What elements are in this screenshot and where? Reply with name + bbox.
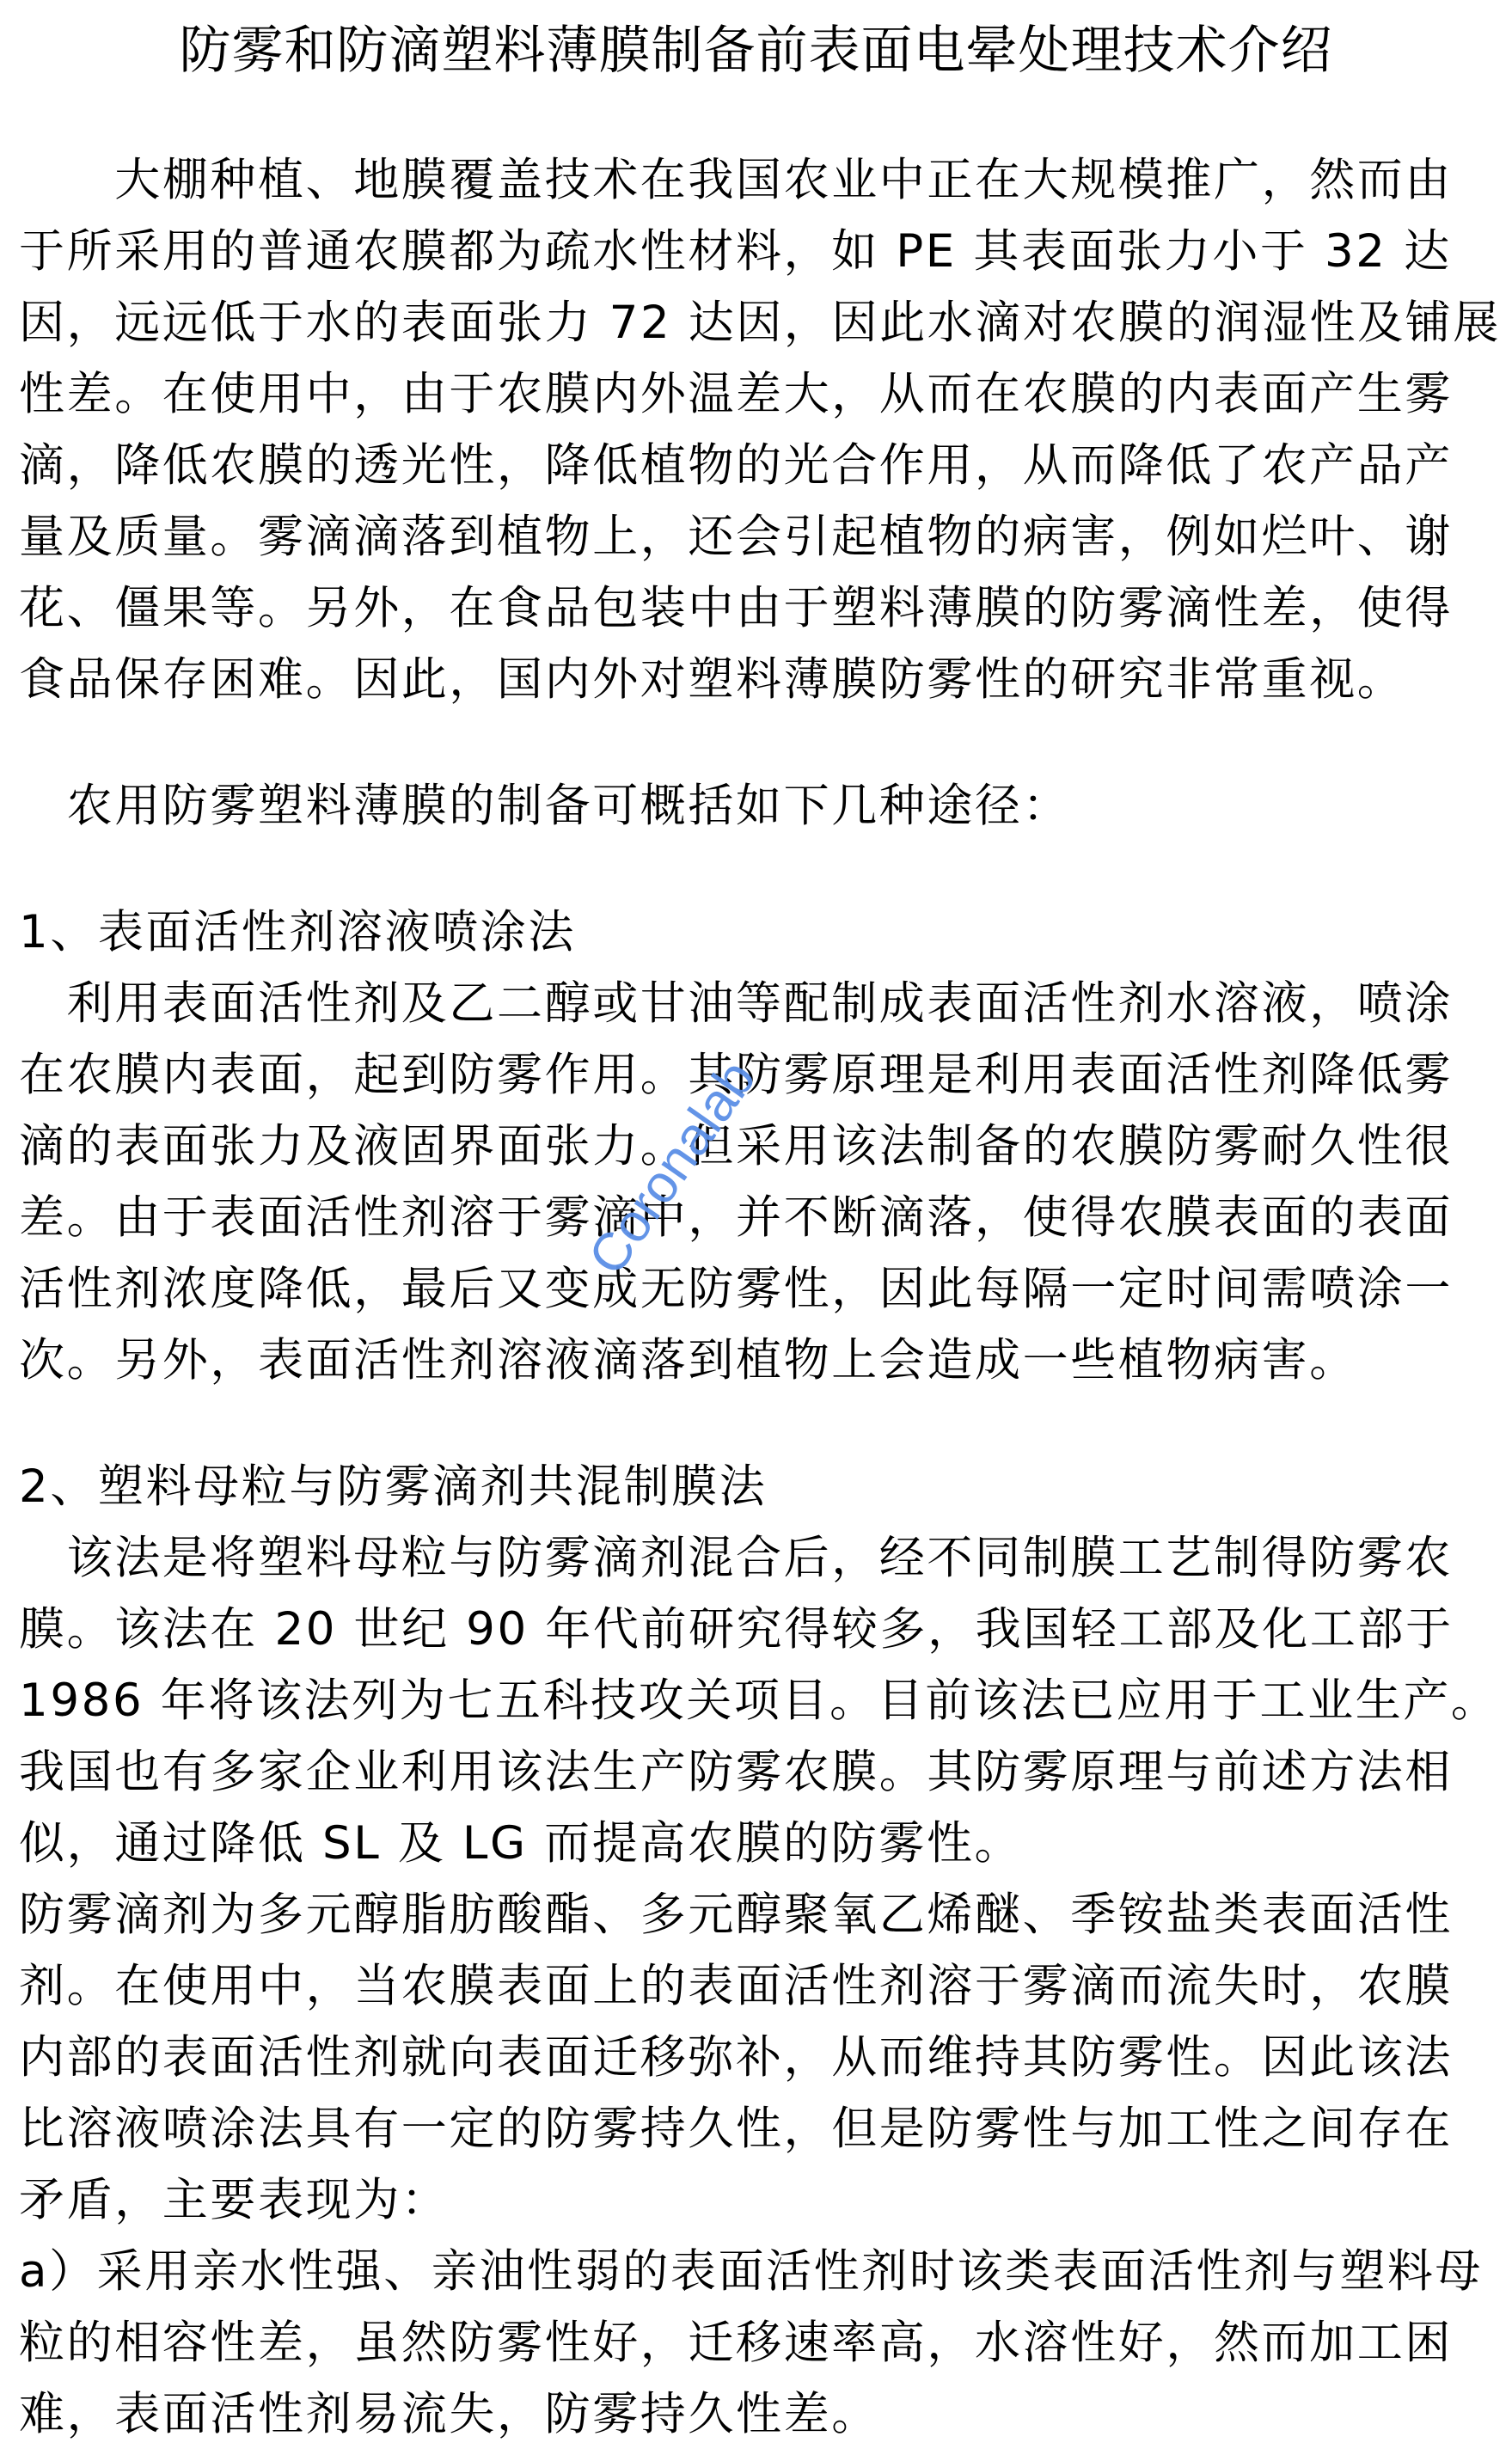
text-line: 矛盾，主要表现为： xyxy=(19,2170,1497,2231)
text-line: 难，表面活性剂易流失，防雾持久性差。 xyxy=(19,2384,1497,2445)
text-line: 于所采用的普通农膜都为疏水性材料，如 PE 其表面张力小于 32 达 xyxy=(19,222,1497,282)
text-line: 滴，降低农膜的透光性，降低植物的光合作用，从而降低了农产品产 xyxy=(19,436,1497,496)
text-line: 花、僵果等。另外，在食品包装中由于塑料薄膜的防雾滴性差，使得 xyxy=(19,579,1497,639)
text-line: 1、表面活性剂溶液喷涂法 xyxy=(19,903,1497,963)
text-line: 利用表面活性剂及乙二醇或甘油等配制成表面活性剂水溶液，喷涂 xyxy=(19,974,1497,1034)
document-title: 防雾和防滴塑料薄膜制备前表面电晕处理技术介绍 xyxy=(0,12,1512,89)
text-line: 次。另外，表面活性剂溶液滴落到植物上会造成一些植物病害。 xyxy=(19,1331,1497,1391)
text-line: 大棚种植、地膜覆盖技术在我国农业中正在大规模推广，然而由 xyxy=(19,150,1497,211)
text-line: 剂。在使用中，当农膜表面上的表面活性剂溶于雾滴而流失时，农膜 xyxy=(19,1956,1497,2017)
text-line: 滴的表面张力及液固界面张力。但采用该法制备的农膜防雾耐久性很 xyxy=(19,1117,1497,1177)
text-line: 2、塑料母粒与防雾滴剂共混制膜法 xyxy=(19,1457,1497,1517)
text-line: 该法是将塑料母粒与防雾滴剂混合后，经不同制膜工艺制得防雾农 xyxy=(19,1528,1497,1589)
text-line: 量及质量。雾滴滴落到植物上，还会引起植物的病害，例如烂叶、谢 xyxy=(19,507,1497,567)
text-line: 膜。该法在 20 世纪 90 年代前研究得较多，我国轻工部及化工部于 xyxy=(19,1600,1497,1660)
text-line: a）采用亲水性强、亲油性弱的表面活性剂时该类表面活性剂与塑料母 xyxy=(19,2242,1497,2302)
text-line: 农用防雾塑料薄膜的制备可概括如下几种途径： xyxy=(19,776,1497,836)
text-line: 粒的相容性差，虽然防雾性好，迁移速率高，水溶性好，然而加工困 xyxy=(19,2313,1497,2373)
text-line: 食品保存困难。因此，国内外对塑料薄膜防雾性的研究非常重视。 xyxy=(19,650,1497,710)
text-line: 防雾滴剂为多元醇脂肪酸酯、多元醇聚氧乙烯醚、季铵盐类表面活性 xyxy=(19,1885,1497,1945)
text-line: 似，通过降低 SL 及 LG 而提高农膜的防雾性。 xyxy=(19,1814,1497,1874)
text-line: 内部的表面活性剂就向表面迁移弥补，从而维持其防雾性。因此该法 xyxy=(19,2028,1497,2088)
text-line: 差。由于表面活性剂溶于雾滴中，并不断滴落，使得农膜表面的表面 xyxy=(19,1188,1497,1248)
text-line: 性差。在使用中，由于农膜内外温差大，从而在农膜的内表面产生雾 xyxy=(19,364,1497,425)
text-line: 因，远远低于水的表面张力 72 达因，因此水滴对农膜的润湿性及铺展 xyxy=(19,293,1497,353)
text-line: 我国也有多家企业利用该法生产防雾农膜。其防雾原理与前述方法相 xyxy=(19,1742,1497,1803)
text-line: 1986 年将该法列为七五科技攻关项目。目前该法已应用于工业生产。 xyxy=(19,1671,1497,1731)
text-line: 比溶液喷涂法具有一定的防雾持久性，但是防雾性与加工性之间存在 xyxy=(19,2099,1497,2159)
text-line: 活性剂浓度降低，最后又变成无防雾性，因此每隔一定时间需喷涂一 xyxy=(19,1259,1497,1319)
